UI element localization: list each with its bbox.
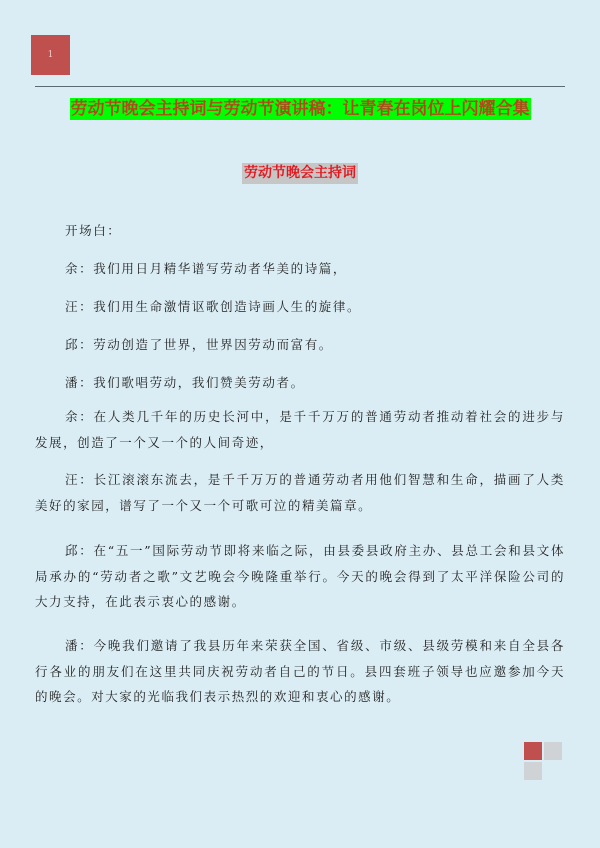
- decorative-square-gray: [544, 742, 562, 760]
- dialogue-line: 汪：我们用生命激情讴歌创造诗画人生的旋律。: [65, 295, 595, 319]
- section-heading-container: 劳动节晚会主持词: [0, 162, 600, 184]
- page-number: 1: [48, 50, 54, 60]
- document-title-container: 劳动节晚会主持词与劳动节演讲稿：让青春在岗位上闪耀合集: [0, 98, 600, 120]
- decorative-square-gray: [524, 762, 542, 780]
- dialogue-paragraph: 潘：今晚我们邀请了我县历年来荣获全国、省级、市级、县级劳模和来自全县各行各业的朋…: [35, 633, 565, 710]
- dialogue-line: 余：我们用日月精华谱写劳动者华美的诗篇，: [65, 257, 595, 281]
- document-title: 劳动节晚会主持词与劳动节演讲稿：让青春在岗位上闪耀合集: [70, 98, 531, 120]
- opening-label: 开场白：: [65, 219, 595, 243]
- dialogue-paragraph: 汪：长江滚滚东流去，是千千万万的普通劳动者用他们智慧和生命，描画了人类美好的家园…: [35, 467, 565, 518]
- dialogue-paragraph: 邱：在“五一”国际劳动节即将来临之际，由县委县政府主办、县总工会和县文体局承办的…: [35, 538, 565, 615]
- section-heading: 劳动节晚会主持词: [242, 163, 358, 184]
- dialogue-line: 潘：我们歌唱劳动，我们赞美劳动者。: [65, 371, 595, 395]
- decorative-square-red: [524, 742, 542, 760]
- dialogue-line: 邱：劳动创造了世界，世界因劳动而富有。: [65, 333, 595, 357]
- dialogue-paragraph: 余：在人类几千年的历史长河中，是千千万万的普通劳动者推动着社会的进步与发展，创造…: [35, 404, 565, 455]
- page-number-badge: 1: [31, 35, 70, 75]
- header-divider: [35, 86, 565, 87]
